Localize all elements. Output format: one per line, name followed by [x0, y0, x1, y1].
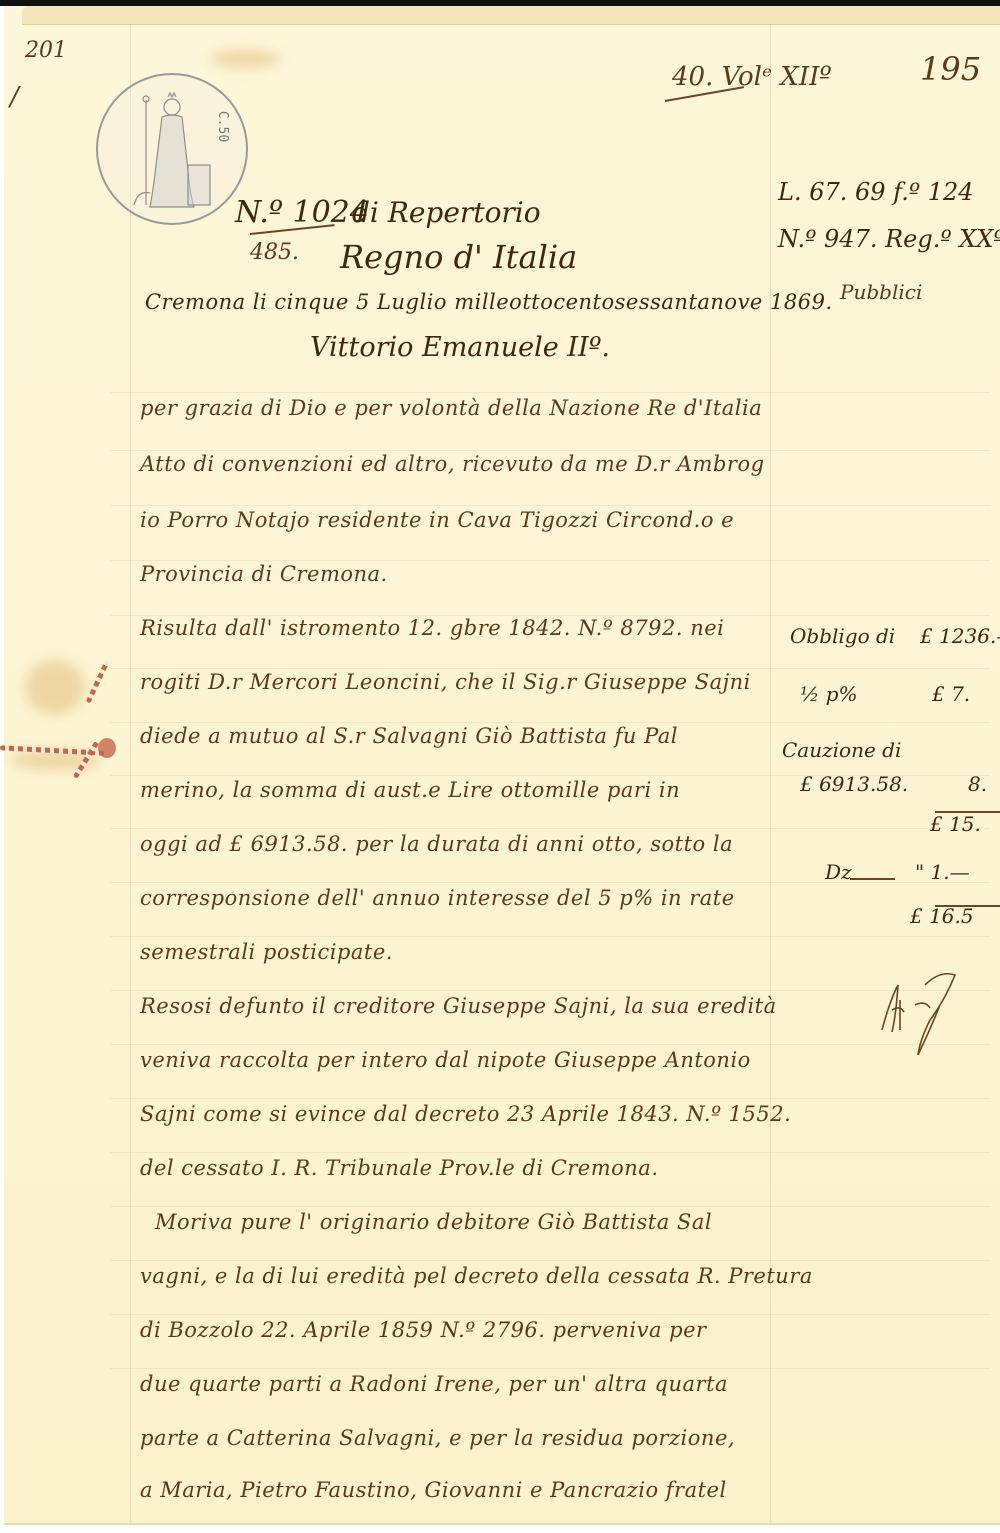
- fee-amount: " 1.—: [915, 860, 970, 884]
- fee-label: £ 6913.58.: [800, 772, 908, 796]
- body-line: del cessato I. R. Tribunale Prov.le di C…: [140, 1156, 659, 1180]
- ruled-line: [110, 1368, 990, 1369]
- fee-label: Cauzione di: [782, 738, 901, 762]
- fee-amount: £ 1236.—: [920, 624, 1000, 648]
- body-line: Atto di convenzioni ed altro, ricevuto d…: [140, 452, 765, 476]
- body-line: veniva raccolta per intero dal nipote Gi…: [140, 1048, 751, 1072]
- ruled-line: [110, 1260, 990, 1261]
- body-line: io Porro Notajo residente in Cava Tigozz…: [140, 508, 734, 532]
- corner-number: 201: [25, 38, 67, 63]
- ruled-line: [110, 1314, 990, 1315]
- body-line: parte a Catterina Salvagni, e per la res…: [140, 1426, 735, 1450]
- ruled-line: [110, 722, 990, 723]
- body-line: diede a mutuo al S.r Salvagni Giò Battis…: [140, 724, 678, 748]
- body-line: Cremona li cinque 5 Luglio milleottocent…: [145, 290, 833, 314]
- registration-line-1: L. 67. 69 f.º 124: [778, 178, 974, 206]
- ruled-line: [110, 450, 990, 451]
- ruled-line: [110, 1044, 990, 1045]
- stamp-value: C.50: [215, 111, 230, 142]
- revenue-stamp: C.50: [96, 73, 248, 225]
- ruled-line: [110, 1098, 990, 1099]
- body-line: per grazia di Dio e per volontà della Na…: [140, 396, 762, 420]
- document-title: Regno d' Italia: [340, 238, 577, 276]
- body-line: Moriva pure l' originario debitore Giò B…: [155, 1210, 712, 1234]
- margin-rule-left: [130, 24, 131, 1523]
- stain: [25, 660, 85, 715]
- notary-initials-icon: [870, 960, 970, 1060]
- repertorio-label: di Repertorio: [352, 196, 541, 229]
- italia-turrita-icon: [98, 75, 246, 223]
- fee-amount: £ 7.: [932, 682, 970, 706]
- ruled-line: [110, 882, 990, 883]
- ruled-line: [110, 990, 990, 991]
- ruled-line: [110, 392, 990, 393]
- ruled-line: [110, 1152, 990, 1153]
- registration-line-3: Pubblici: [840, 280, 922, 304]
- body-line: merino, la somma di aust.e Lire ottomill…: [140, 778, 680, 802]
- body-line: Risulta dall' istromento 12. gbre 1842. …: [140, 616, 724, 640]
- folded-page-edge: [22, 6, 1000, 25]
- body-line-king: Vittorio Emanuele IIº.: [310, 332, 610, 363]
- fee-amount: £ 15.: [930, 812, 981, 836]
- repertorio-number: N.º 1024: [235, 195, 369, 230]
- ruled-line: [110, 936, 990, 937]
- fee-label: Obbligo di: [790, 624, 895, 648]
- volume-reference: 40. Volᵉ XIIº: [672, 62, 832, 92]
- ruled-line: [110, 1206, 990, 1207]
- body-line: semestrali posticipate.: [140, 940, 393, 964]
- ruled-line: [110, 560, 990, 561]
- ruled-line: [110, 668, 990, 669]
- registration-line-2: N.º 947. Reg.º XXº: [778, 225, 1000, 253]
- body-line: Provincia di Cremona.: [140, 562, 388, 586]
- body-line: vagni, e la di lui eredità pel decreto d…: [140, 1264, 813, 1288]
- ruled-line: [110, 505, 990, 506]
- body-line: oggi ad £ 6913.58. per la durata di anni…: [140, 832, 733, 856]
- fee-label: ½ p%: [800, 682, 858, 706]
- string-knot: [98, 738, 116, 758]
- fee-total: £ 16.5: [910, 904, 974, 928]
- body-line: di Bozzolo 22. Aprile 1859 N.º 2796. per…: [140, 1318, 707, 1342]
- page-number: 195: [920, 50, 981, 88]
- corner-mark: /: [10, 82, 19, 112]
- stain: [210, 50, 280, 68]
- margin-rule-right: [770, 24, 771, 1523]
- ruled-line: [110, 828, 990, 829]
- fee-label: Dz: [825, 860, 852, 884]
- body-line: a Maria, Pietro Faustino, Giovanni e Pan…: [140, 1478, 727, 1502]
- dash-line: [850, 878, 895, 880]
- body-line: Sajni come si evince dal decreto 23 Apri…: [140, 1102, 791, 1126]
- body-line: corresponsione dell' annuo interesse del…: [140, 886, 735, 910]
- fee-amount: 8.: [968, 772, 987, 796]
- body-line: rogiti D.r Mercori Leoncini, che il Sig.…: [140, 670, 751, 694]
- repertorio-sub-number: 485.: [250, 240, 299, 265]
- body-line: Resosi defunto il creditore Giuseppe Saj…: [140, 994, 777, 1018]
- body-line: due quarte parti a Radoni Irene, per un'…: [140, 1372, 728, 1396]
